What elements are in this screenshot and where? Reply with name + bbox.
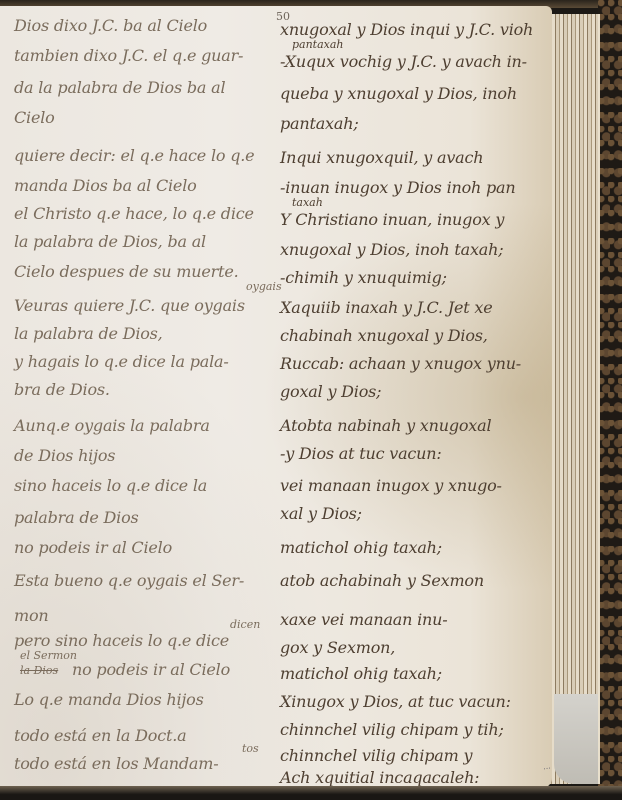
text-line: Xaquiib inaxah y J.C. Jet xe (280, 298, 492, 317)
text-line: sino haceis lo q.e dice la (14, 476, 207, 495)
text-line: no podeis ir al Cielo (14, 538, 172, 557)
text-line: la palabra de Dios, ba al (14, 232, 206, 251)
superscript-note: tos (242, 742, 259, 755)
text-line: -y Dios at tuc vacun: (280, 444, 442, 463)
text-line: chinnchel vilig chipam y (280, 746, 472, 765)
text-line: da la palabra de Dios ba al (14, 78, 225, 97)
text-line: pantaxah; (280, 114, 359, 133)
text-line: Veuras quiere J.C. que oygais (14, 296, 245, 315)
insertion-note: dicen (230, 618, 260, 631)
text-line: palabra de Dios (14, 508, 139, 527)
text-line: todo está en la Doct.a (14, 726, 186, 745)
text-line: goxal y Dios; (280, 382, 381, 401)
text-line: de Dios hijos (14, 446, 115, 465)
book-cover-right (598, 0, 622, 800)
text-line: chinnchel vilig chipam y tih; (280, 720, 504, 739)
text-line: Aunq.e oygais la palabra (14, 416, 210, 435)
text-line: Dios dixo J.C. ba al Cielo (14, 16, 207, 35)
text-line: -Xuqux vochig y J.C. y avach in- (280, 52, 527, 71)
text-line: Cielo despues de su muerte. (14, 262, 238, 281)
text-line: pero sino haceis lo q.e dice (14, 631, 229, 650)
edge-stamp: ... (542, 762, 551, 772)
struck-text: la Dios (20, 664, 58, 677)
text-line: gox y Sexmon, (280, 638, 395, 657)
text-line: el Christo q.e hace, lo q.e dice (14, 204, 254, 223)
text-line: Lo q.e manda Dios hijos (14, 690, 204, 709)
text-line: vei manaan inugox y xnugo- (280, 476, 502, 495)
text-line: Cielo (14, 108, 55, 127)
text-line: xnugoxal y Dios, inoh taxah; (280, 240, 503, 259)
text-line: xaxe vei manaan inu- (280, 610, 447, 629)
text-line: Atobta nabinah y xnugoxal (280, 416, 491, 435)
text-line: Inqui xnugoxquil, y avach (280, 148, 483, 167)
text-line: chabinah xnugoxal y Dios, (280, 326, 488, 345)
insertion-note: taxah (292, 196, 323, 209)
text-line: xal y Dios; (280, 504, 362, 523)
text-line: -chimih y xnuquimig; (280, 268, 447, 287)
text-line: Xinugox y Dios, at tuc vacun: (280, 692, 511, 711)
book-cover-bottom (0, 786, 622, 800)
text-line: no podeis ir al Cielo (72, 660, 230, 679)
text-line: xnugoxal y Dios inqui y J.C. vioh (280, 20, 533, 39)
text-line: la palabra de Dios, (14, 324, 163, 343)
manuscript-page: 50 Dios dixo J.C. ba al Cielo tambien di… (0, 6, 552, 788)
text-line: Ruccab: achaan y xnugox ynu- (280, 354, 521, 373)
text-line: Ach xquitial incaqacaleh: (280, 768, 479, 787)
insertion-note: el Sermon (20, 649, 77, 662)
insertion-note: oygais (246, 280, 282, 293)
text-line: Esta bueno q.e oygais el Ser- (14, 571, 244, 590)
text-line: bra de Dios. (14, 380, 110, 399)
text-line: -inuan inugox y Dios inoh pan (280, 178, 516, 197)
text-line: atob achabinah y Sexmon (280, 571, 484, 590)
text-line: quiere decir: el q.e hace lo q.e (14, 146, 254, 165)
text-line: matichol ohig taxah; (280, 664, 442, 683)
text-line: manda Dios ba al Cielo (14, 176, 197, 195)
text-line: todo está en los Mandam- (14, 754, 218, 773)
text-line: y hagais lo q.e dice la pala- (14, 352, 229, 371)
text-line: matichol ohig taxah; (280, 538, 442, 557)
text-line: Y Christiano inuan, inugox y (280, 210, 504, 229)
text-line: tambien dixo J.C. el q.e guar- (14, 46, 243, 65)
text-line: mon (14, 606, 49, 625)
insertion-note: pantaxah (292, 38, 344, 51)
manuscript-scan: 50 Dios dixo J.C. ba al Cielo tambien di… (0, 0, 622, 800)
text-line: queba y xnugoxal y Dios, inoh (280, 84, 517, 103)
